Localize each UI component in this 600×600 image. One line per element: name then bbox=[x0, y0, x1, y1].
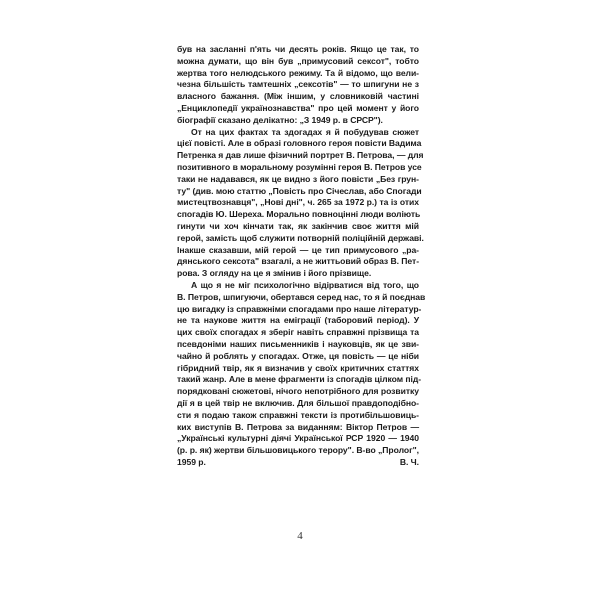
text-line: був на засланні п'ять чи десять років. Я… bbox=[177, 44, 419, 56]
text-line: не та наукове життя на еміграції (таборо… bbox=[177, 315, 419, 327]
text-line: ких виступів В. Петрова за виданням: Вік… bbox=[177, 422, 419, 434]
document-text-block: був на засланні п'ять чи десять років. Я… bbox=[177, 44, 419, 469]
text-line: гібридний твір, як я визначив у своїх кр… bbox=[177, 363, 419, 375]
text-line: ту" (див. мою статтю „Повість про Січесл… bbox=[177, 186, 419, 198]
text-line: В. Петров, шпигуючи, обертався серед нас… bbox=[177, 292, 419, 304]
text-line: рова. З огляду на це я змінив і його прі… bbox=[177, 268, 419, 280]
text-line: Петренка я дав лише фізичний портрет В. … bbox=[177, 150, 419, 162]
text-line: цю вигадку із справжніми спогадами про н… bbox=[177, 304, 419, 316]
text-line: порядковані сюжетові, нічого непотрібног… bbox=[177, 386, 419, 398]
text-line: цих своїх спогадах я зберіг навіть справ… bbox=[177, 327, 419, 339]
text-line: герой, замість щоб служити потворній пол… bbox=[177, 233, 419, 245]
text-line: власного бажання. (Між іншим, у словнико… bbox=[177, 91, 419, 103]
text-line: От на цих фактах та здогадах я й побудув… bbox=[177, 127, 419, 139]
text-line: біографії сказано делікатно: „З 1949 р. … bbox=[177, 115, 419, 127]
text-line: таки не надавався, як це видно з його по… bbox=[177, 174, 419, 186]
text-line: можна думати, що він був „примусовий сек… bbox=[177, 56, 419, 68]
page-number: 4 bbox=[0, 530, 600, 542]
text-line: дянського сексота" взагалі, а не життьов… bbox=[177, 256, 419, 268]
text-line: спогадів Ю. Шереха. Морально повноцінні … bbox=[177, 209, 419, 221]
text-line: мистецтвознавця", „Нові дні", ч. 265 за … bbox=[177, 197, 419, 209]
text-line: сти я подаю також справжні тексти із про… bbox=[177, 410, 419, 422]
text-line: Інакше сказавши, мій герой — це тип прим… bbox=[177, 245, 419, 257]
text-line: цієї повісті. Але в образі головного гер… bbox=[177, 138, 419, 150]
author-signature: В. Ч. bbox=[400, 457, 419, 469]
text-line: чезна більшість тамтешніх „сексотів" — т… bbox=[177, 79, 419, 91]
closing-line: 1959 р.В. Ч. bbox=[177, 457, 419, 469]
text-line: дії я в цей твір не включив. Для більшої… bbox=[177, 398, 419, 410]
text-line: „Енциклопедії українознавства" про цей м… bbox=[177, 103, 419, 115]
text-line: „Українські культурні діячі Української … bbox=[177, 433, 419, 445]
text-line: гинути чи хоч кінчати так, як закінчив с… bbox=[177, 221, 419, 233]
text-line: такий жанр. Але в мене фрагменти із спог… bbox=[177, 374, 419, 386]
text-line: (р. р. як) жертви більшовицького терору"… bbox=[177, 445, 419, 457]
text-line: А що я не міг психологічно відірватися в… bbox=[177, 280, 419, 292]
text-line: чайно й роблять у спогадах. Отже, ця пов… bbox=[177, 351, 419, 363]
closing-year: 1959 р. bbox=[177, 457, 206, 469]
text-line: псевдоніми наших письменників і науковці… bbox=[177, 339, 419, 351]
text-line: жертва того нелюдського режиму. Та й від… bbox=[177, 68, 419, 80]
text-line: позитивного в моральному розумінні героя… bbox=[177, 162, 419, 174]
